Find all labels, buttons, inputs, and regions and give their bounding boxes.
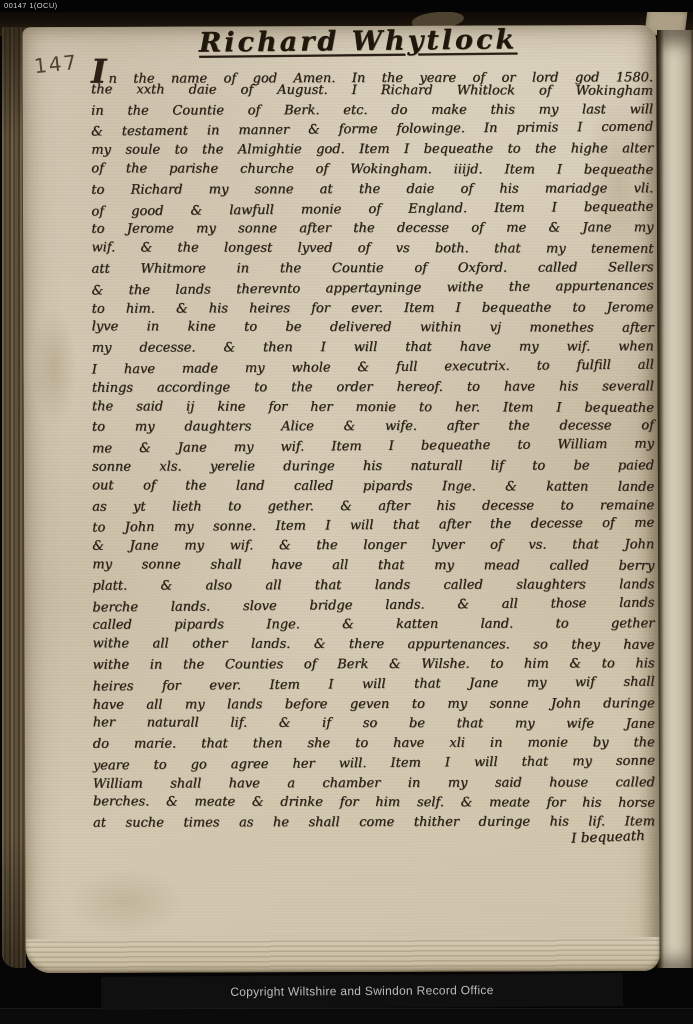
folio-number: 147 (33, 50, 79, 78)
manuscript-line: & Jane my wif. & the longer lyver of vs.… (92, 535, 654, 556)
manuscript-line: In the name of god Amen. In the yeare of… (91, 60, 653, 81)
manuscript-line: berches. & meate & drinke for him self. … (93, 793, 655, 814)
page-bottom-edge (26, 937, 660, 973)
manuscript-line: my soule to the Almightie god. Item I be… (91, 139, 653, 160)
manuscript-line: to him. & his heires for ever. Item I be… (92, 298, 654, 319)
adjacent-page-edge (657, 30, 693, 968)
scanned-manuscript-view: 00147 1(OCU) Richard Whytlock 147 In the… (0, 0, 693, 1024)
manuscript-line: withe all other lands. & there appurtena… (92, 634, 654, 655)
manuscript-body: In the name of god Amen. In the yeare of… (91, 60, 655, 857)
manuscript-line: of the parishe churche of Wokingham. iii… (91, 159, 653, 180)
manuscript-line: the xxth daie of August. I Richard Whitl… (91, 80, 653, 101)
manuscript-line: her naturall lif. & if so be that my wif… (93, 714, 655, 735)
copyright-bar: Copyright Wiltshire and Swindon Record O… (102, 974, 622, 1009)
manuscript-heading: Richard Whytlock (183, 24, 533, 60)
manuscript-line: to Richard my sonne at the daie of his m… (91, 179, 653, 200)
manuscript-line: berche lands. slove bridge lands. & all … (92, 593, 654, 618)
manuscript-line: to Jerome my sonne after the decesse of … (91, 219, 653, 240)
manuscript-line: William shall have a chamber in my said … (93, 773, 655, 794)
manuscript-line: the said ij kine for her monie to her. I… (92, 397, 654, 418)
manuscript-line: sonne xls. yerelie duringe his naturall … (92, 456, 654, 477)
top-black-bar: 00147 1(OCU) (0, 0, 693, 12)
manuscript-line: wif. & the longest lyved of vs both. tha… (91, 238, 653, 259)
paper-stain (31, 307, 77, 427)
manuscript-line: withe in the Counties of Berk & Wilshe. … (93, 654, 655, 675)
copyright-text: Copyright Wiltshire and Swindon Record O… (102, 974, 622, 1009)
manuscript-line: called pipards Inge. & katten land. to g… (92, 615, 654, 636)
manuscript-line: my sonne shall have all that my mead cal… (92, 555, 654, 576)
archive-reference-label: 00147 1(OCU) (4, 1, 58, 10)
paper-stain (65, 867, 185, 937)
manuscript-line: out of the land called pipards Inge. & k… (92, 476, 654, 497)
manuscript-line: things accordinge to the order hereof. t… (92, 377, 654, 398)
bottom-border-strip (0, 1008, 693, 1024)
manuscript-line: have all my lands before geven to my son… (93, 694, 655, 715)
manuscript-line: lyve in kine to be delivered within vj m… (92, 318, 654, 339)
manuscript-line: platt. & also all that lands called slau… (92, 575, 654, 596)
